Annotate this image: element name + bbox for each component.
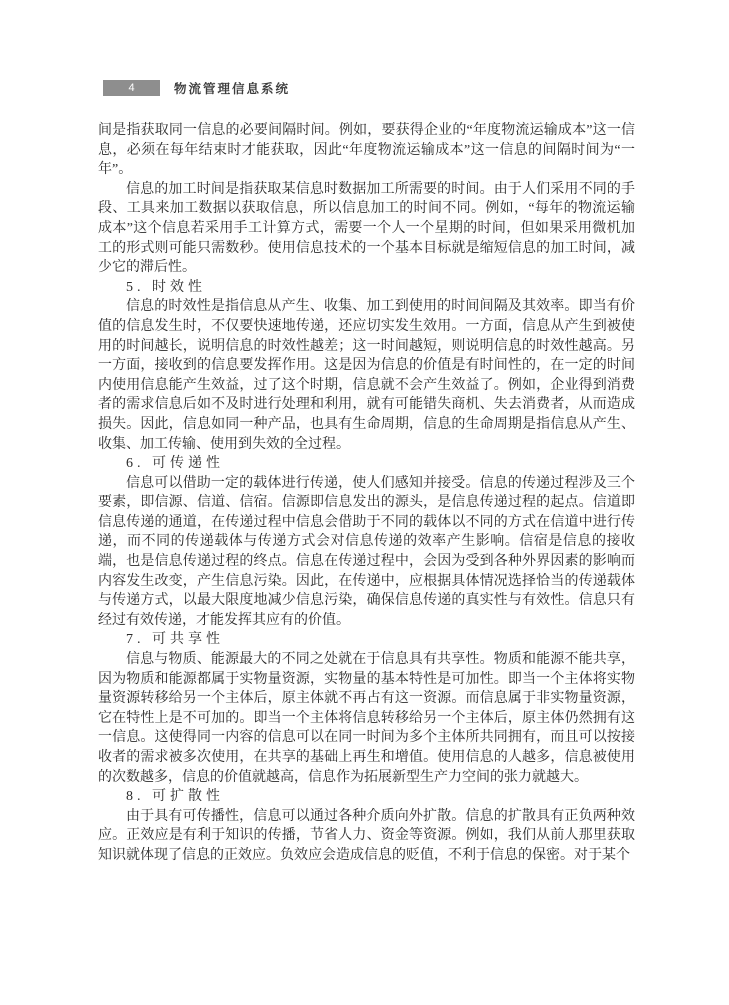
body-paragraph: 信息的加工时间是指获取某信息时数据加工所需要的时间。由于人们采用不同的手段、工具… — [98, 180, 635, 278]
page-number-badge: 4 — [103, 80, 160, 96]
page-number: 4 — [128, 82, 134, 94]
section-heading: 6. 可传递性 — [98, 454, 635, 474]
section-heading: 7. 可共享性 — [98, 630, 635, 650]
body-paragraph: 信息的时效性是指信息从产生、收集、加工到使用的时间间隔及其效率。即当有价值的信息… — [98, 297, 635, 454]
book-page: { "page": { "number": "4", "running_titl… — [0, 0, 729, 1005]
body-paragraph: 信息可以借助一定的载体进行传递，使人们感知并接受。信息的传递过程涉及三个要素，即… — [98, 474, 635, 631]
page-content: 间是指获取同一信息的必要间隔时间。例如，要获得企业的“年度物流运输成本”这一信息… — [98, 121, 635, 866]
section-heading: 8. 可扩散性 — [98, 787, 635, 807]
body-paragraph: 信息与物质、能源最大的不同之处就在于信息具有共享性。物质和能源不能共享，因为物质… — [98, 650, 635, 787]
body-paragraph: 间是指获取同一信息的必要间隔时间。例如，要获得企业的“年度物流运输成本”这一信息… — [98, 121, 635, 180]
body-paragraph: 由于具有可传播性，信息可以通过各种介质向外扩散。信息的扩散具有正负两种效应。正效… — [98, 807, 635, 866]
running-title: 物流管理信息系统 — [174, 79, 290, 97]
section-heading: 5. 时效性 — [98, 278, 635, 298]
page-header: 4 物流管理信息系统 — [103, 79, 290, 97]
